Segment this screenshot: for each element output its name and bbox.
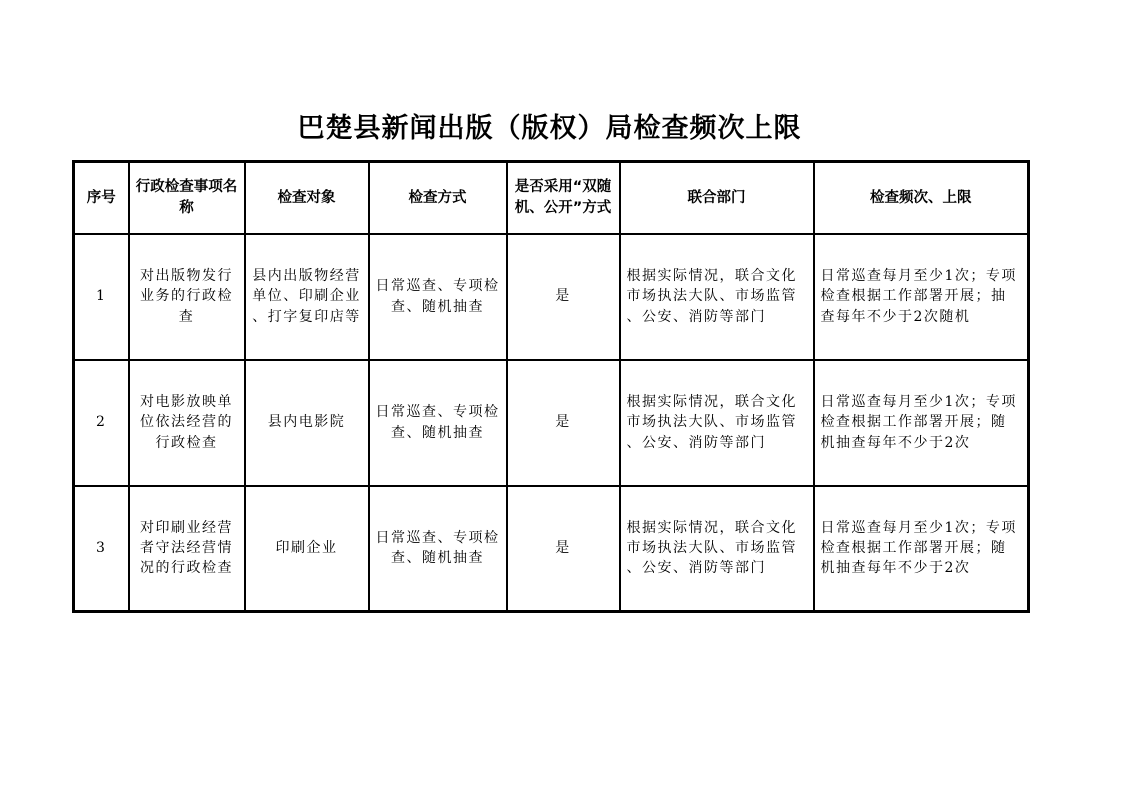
cell-double-random: 是	[507, 234, 620, 360]
cell-item-name: 对出版物发行业务的行政检查	[129, 234, 245, 360]
column-header-method: 检查方式	[369, 162, 507, 234]
cell-frequency-limit: 日常巡查每月至少1次；专项检查根据工作部署开展；随机抽查每年不少于2次	[814, 486, 1029, 612]
cell-method: 日常巡查、专项检查、随机抽查	[369, 234, 507, 360]
cell-item-name: 对电影放映单位依法经营的行政检查	[129, 360, 245, 486]
cell-method: 日常巡查、专项检查、随机抽查	[369, 486, 507, 612]
cell-frequency-limit: 日常巡查每月至少1次；专项检查根据工作部署开展；抽查每年不少于2次随机	[814, 234, 1029, 360]
cell-joint-departments: 根据实际情况，联合文化市场执法大队、市场监管、公安、消防等部门	[620, 486, 814, 612]
document-page: { "page": { "title": "巴楚县新闻出版（版权）局检查频次上限…	[0, 0, 1122, 793]
cell-index: 1	[74, 234, 129, 360]
cell-item-name: 对印刷业经营者守法经营情况的行政检查	[129, 486, 245, 612]
cell-frequency-limit: 日常巡查每月至少1次；专项检查根据工作部署开展；随机抽查每年不少于2次	[814, 360, 1029, 486]
cell-target: 印刷企业	[245, 486, 369, 612]
column-header-double-random: 是否采用“双随机、公开”方式	[507, 162, 620, 234]
column-header-joint-departments: 联合部门	[620, 162, 814, 234]
cell-joint-departments: 根据实际情况，联合文化市场执法大队、市场监管、公安、消防等部门	[620, 234, 814, 360]
column-header-index: 序号	[74, 162, 129, 234]
cell-joint-departments: 根据实际情况，联合文化市场执法大队、市场监管、公安、消防等部门	[620, 360, 814, 486]
column-header-target: 检查对象	[245, 162, 369, 234]
cell-index: 3	[74, 486, 129, 612]
header-row: 序号 行政检查事项名称 检查对象 检查方式 是否采用“双随机、公开”方式 联合部…	[74, 162, 1029, 234]
cell-double-random: 是	[507, 486, 620, 612]
inspection-frequency-table: 序号 行政检查事项名称 检查对象 检查方式 是否采用“双随机、公开”方式 联合部…	[72, 160, 1030, 613]
column-header-frequency-limit: 检查频次、上限	[814, 162, 1029, 234]
page-title: 巴楚县新闻出版（版权）局检查频次上限	[72, 106, 1027, 145]
table-row: 1 对出版物发行业务的行政检查 县内出版物经营单位、印刷企业、打字复印店等 日常…	[74, 234, 1029, 360]
column-header-item-name: 行政检查事项名称	[129, 162, 245, 234]
cell-method: 日常巡查、专项检查、随机抽查	[369, 360, 507, 486]
cell-target: 县内出版物经营单位、印刷企业、打字复印店等	[245, 234, 369, 360]
cell-target: 县内电影院	[245, 360, 369, 486]
cell-double-random: 是	[507, 360, 620, 486]
table-row: 2 对电影放映单位依法经营的行政检查 县内电影院 日常巡查、专项检查、随机抽查 …	[74, 360, 1029, 486]
table-row: 3 对印刷业经营者守法经营情况的行政检查 印刷企业 日常巡查、专项检查、随机抽查…	[74, 486, 1029, 612]
cell-index: 2	[74, 360, 129, 486]
